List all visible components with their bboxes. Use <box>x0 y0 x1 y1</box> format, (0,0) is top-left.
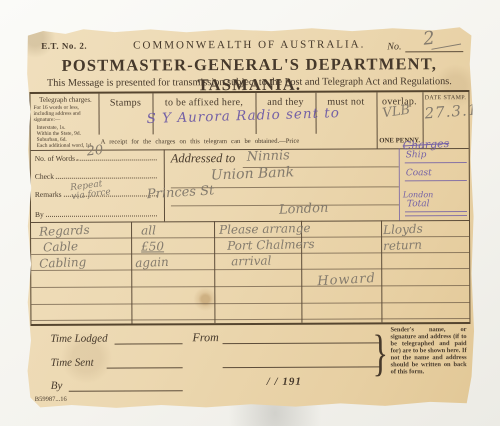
sender-note: Sender's name, or signature and address … <box>390 326 466 375</box>
from-line <box>223 342 381 344</box>
form-subtitle: This Message is presented for transmissi… <box>25 76 473 89</box>
time-lodged-label: Time Lodged <box>51 333 108 345</box>
from-line-2 <box>223 366 381 368</box>
by-line <box>69 390 183 391</box>
stamps-cell: to be affixed here, <box>152 97 255 108</box>
ship-radio-annotation: S Y Aurora Radio sent to <box>146 105 340 127</box>
no-underline <box>405 51 463 52</box>
time-sent-line <box>107 367 183 368</box>
commonwealth-heading: COMMONWEALTH OF AUSTRALIA. <box>25 38 473 52</box>
footer-by-label: By <box>51 380 63 392</box>
address-line1: Ninnis <box>246 148 290 165</box>
form-grid: Telegraph charges. For 16 words or less,… <box>29 90 470 326</box>
message-word: Lloyds <box>383 222 423 238</box>
charge-item-london: London <box>403 190 433 199</box>
date-stamp-handwritten: 27.3.16 <box>424 100 489 123</box>
address-line2: Union Bank <box>211 164 295 183</box>
charges-heading: Telegraph charges. <box>33 96 97 104</box>
message-word: Port Chalmers <box>227 237 315 253</box>
remarks-handwritten: Repeat via force <box>70 179 112 202</box>
time-sent-label: Time Sent <box>51 357 94 369</box>
message-ruled-line <box>31 285 469 288</box>
charge-rule <box>405 211 467 212</box>
message-word: Cabling <box>39 255 87 271</box>
stamps-cell: Stamps <box>98 97 152 108</box>
dotted-leader <box>56 176 157 178</box>
receipt-note: A receipt for the charges on this telegr… <box>101 137 375 145</box>
message-word: again <box>135 255 169 270</box>
charge-rule <box>405 180 467 181</box>
dotted-leader <box>46 214 157 216</box>
message-word: Please arrange <box>219 221 311 237</box>
message-word: return <box>383 238 422 254</box>
address-line3: Princes St <box>147 183 215 202</box>
time-lodged-line <box>115 343 183 344</box>
message-ruled-line <box>31 318 469 321</box>
telegram-form-paper: E.T. No. 2. COMMONWEALTH OF AUSTRALIA. N… <box>25 26 475 409</box>
addressed-to-label: Addressed to <box>171 151 236 166</box>
no-label: No. <box>387 41 401 52</box>
message-ruled-line <box>31 268 469 271</box>
print-code: B59987...16 <box>35 396 67 403</box>
no-of-words-value: 20 <box>86 143 104 160</box>
brace-icon: } <box>372 323 388 381</box>
charge-item-total: Total <box>407 199 430 209</box>
charges-line: signature:— <box>34 117 98 123</box>
message-ruled-line <box>31 302 469 305</box>
by-row: By <box>35 209 159 219</box>
check-label: Check <box>35 172 54 181</box>
message-word: all <box>141 223 156 237</box>
charge-item-coast: Coast <box>406 168 432 178</box>
message-word: Regards <box>39 223 90 239</box>
callsign-annotation: VLB <box>382 102 411 121</box>
from-label: From <box>192 330 218 345</box>
charge-rule <box>405 215 467 216</box>
by-label: By <box>35 210 44 219</box>
no-of-words-label: No. of Words <box>35 154 75 163</box>
charge-item-ship: Ship <box>406 150 427 160</box>
remarks-label: Remarks <box>35 190 62 199</box>
date-year-line: / / 191 <box>267 376 302 388</box>
message-word: £50 <box>141 239 164 253</box>
address-line4: London <box>279 201 329 218</box>
date-stamp-label: DATE STAMP. <box>422 95 468 101</box>
message-word: arrival <box>231 254 272 269</box>
charge-rule <box>405 162 467 163</box>
telegraph-charges-box: Telegraph charges. For 16 words or less,… <box>33 96 97 150</box>
no-value-handwritten: 2 <box>422 28 436 50</box>
message-word: Cable <box>43 239 78 254</box>
charge-totals-column-divider <box>399 148 400 220</box>
